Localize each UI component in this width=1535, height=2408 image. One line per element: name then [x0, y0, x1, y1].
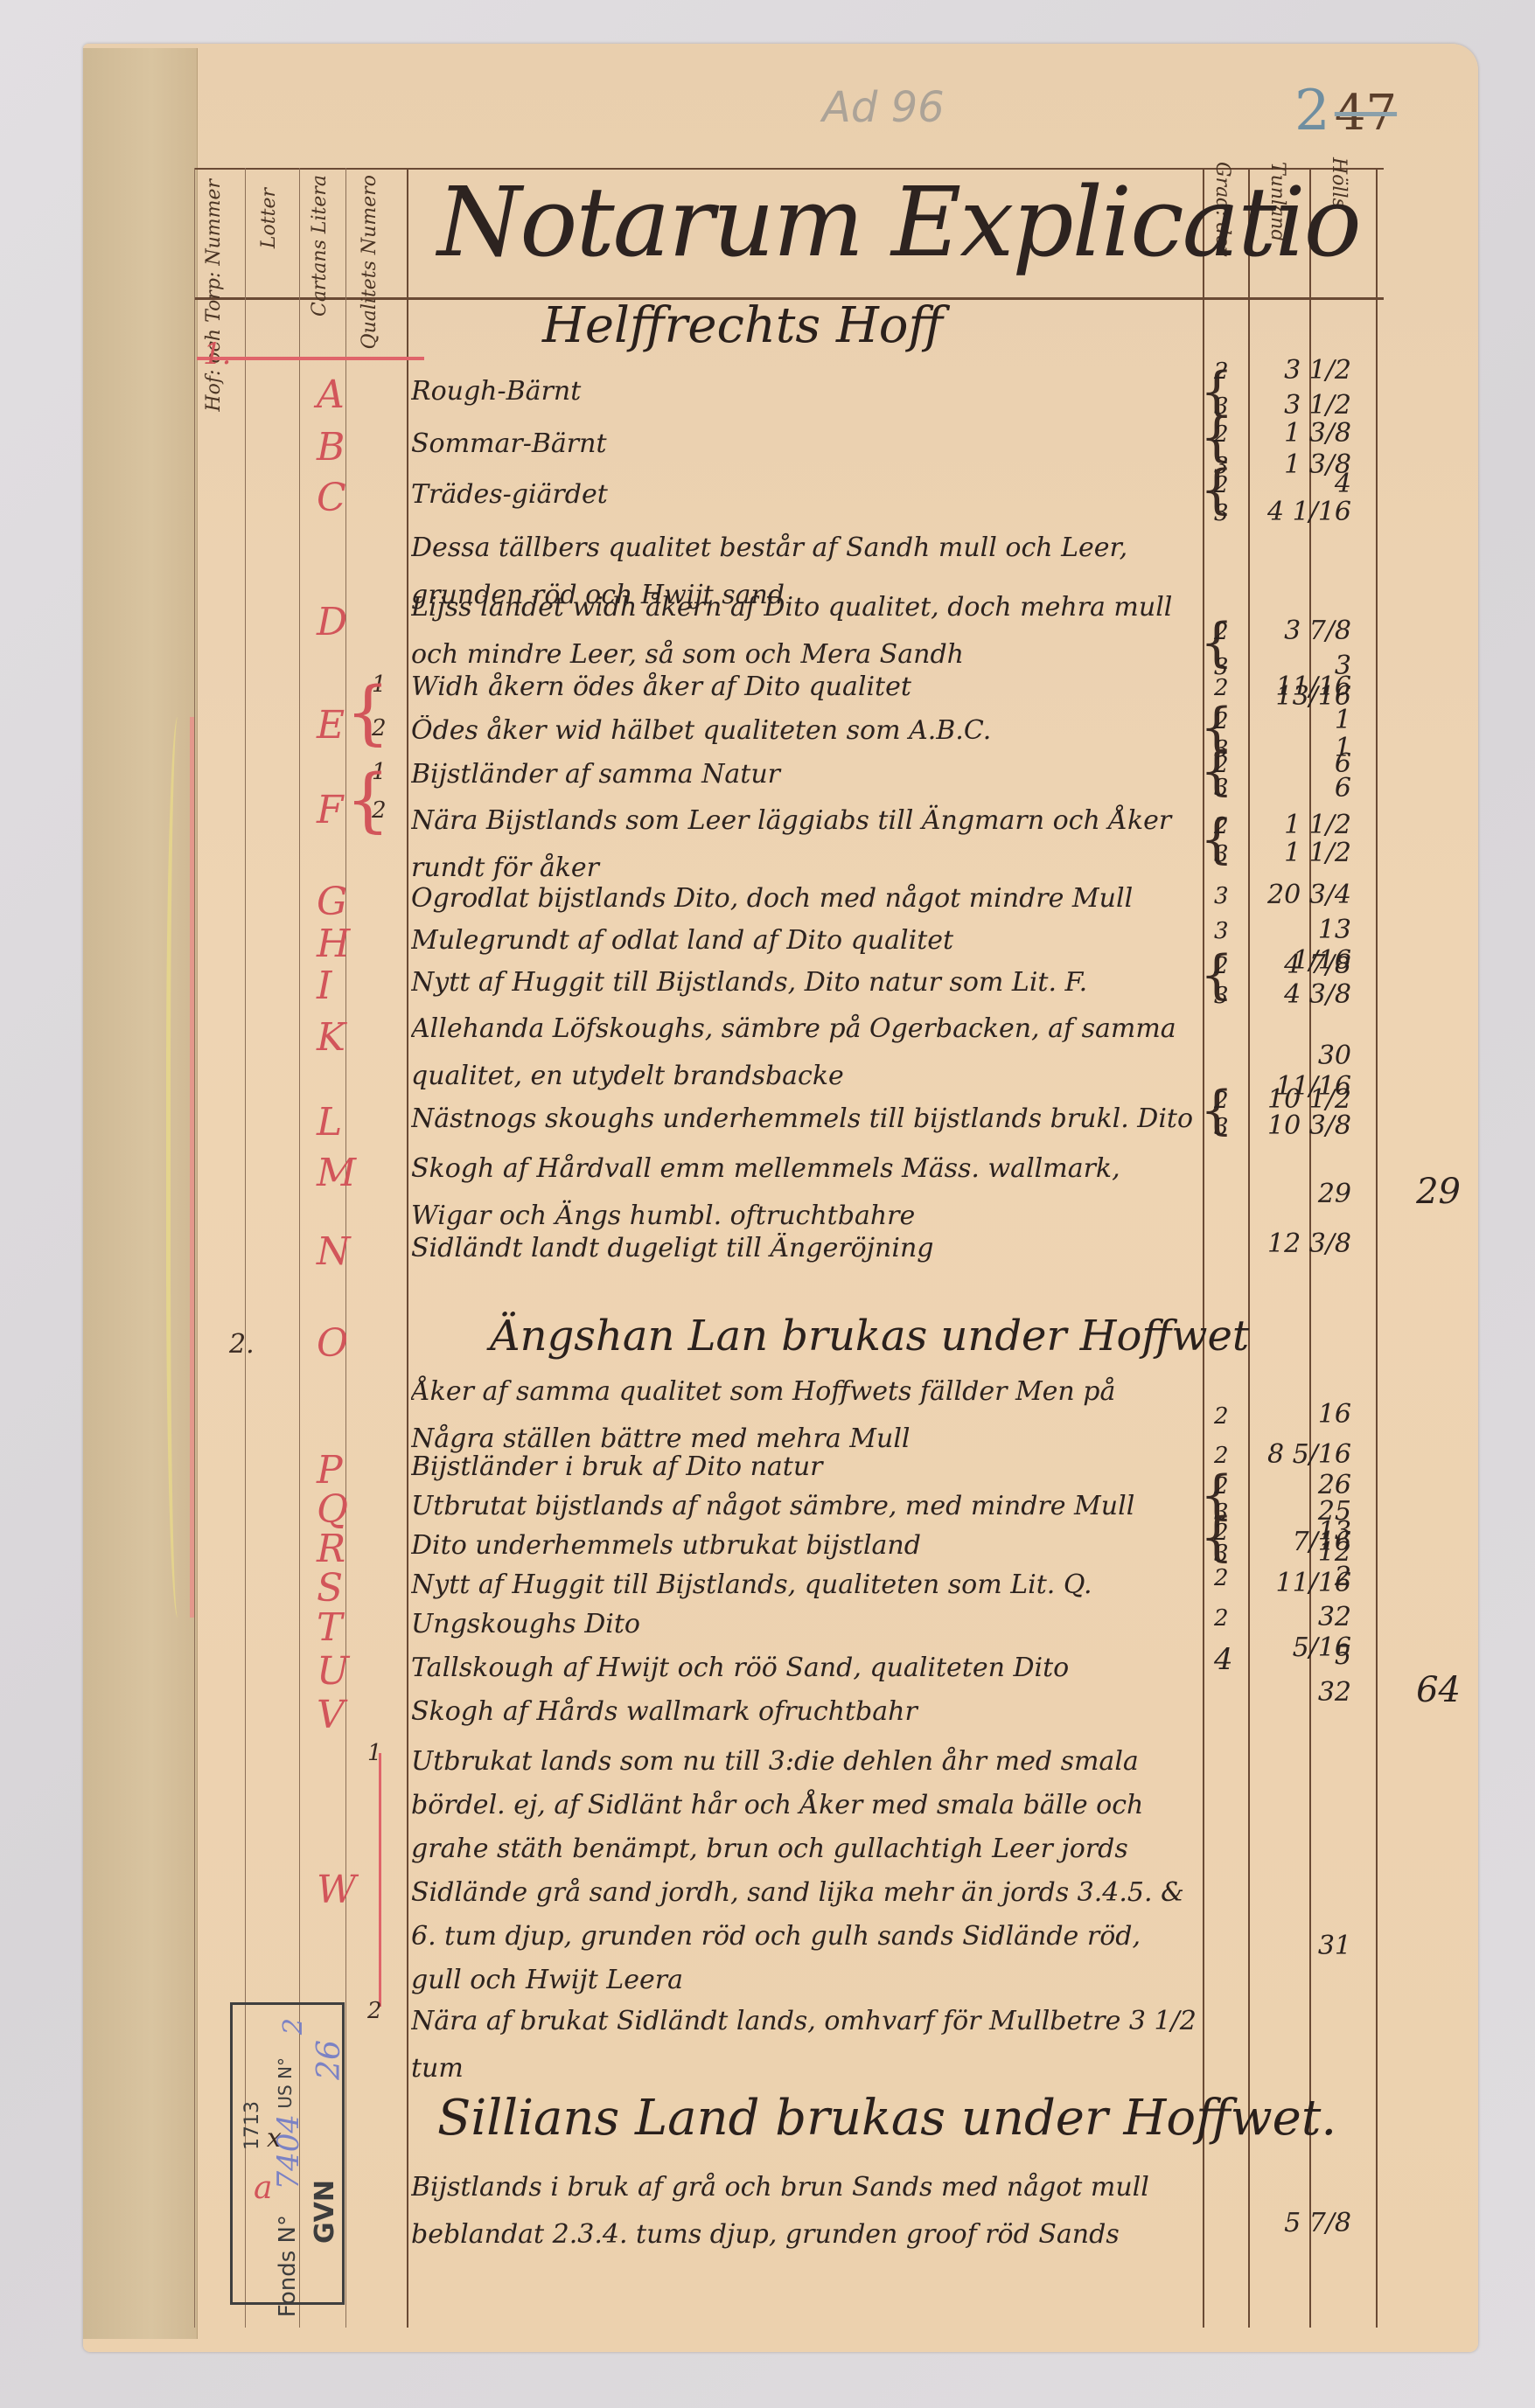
row-description: Ogrodlat bijstlands Dito, doch med något…: [411, 883, 1198, 914]
row-ref-letter: Q: [317, 1491, 348, 1529]
row-description: Åker af samma qualitet som Hoffwets fäll…: [411, 1368, 1198, 1463]
row-description: Lijss landet widh åkern af Dito qualitet…: [411, 584, 1198, 679]
colhead-lotter: Lotter: [258, 188, 280, 248]
row-grade: 3: [1214, 1114, 1249, 1140]
row-sub-number: 1: [367, 1740, 382, 1766]
page-title: Notarum Explicatio: [437, 166, 1360, 278]
row-description: Nytt af Huggit till Bijstlands, qualitet…: [411, 1569, 1198, 1600]
folio-struck: 47: [1335, 85, 1397, 142]
row-description: Tallskough af Hwijt och röö Sand, qualit…: [411, 1653, 1198, 1683]
row-description: Skogh af Hårdvall emm mellemmels Mäss. w…: [411, 1145, 1198, 1240]
row-description: Bijstlands i bruk af grå och brun Sands …: [411, 2164, 1198, 2258]
stamp-fonds-value: 7404: [271, 2114, 306, 2190]
colhead-hof-torp: Hof: och Torp: Nummer: [203, 179, 225, 412]
row-grade: 3: [1214, 983, 1249, 1009]
row-ref-letter: N: [317, 1233, 351, 1271]
row-ref-letter: A: [317, 376, 345, 414]
row-ref-letter: F: [317, 791, 344, 830]
row-grade: 3: [1214, 883, 1249, 909]
row-description: Ödes åker wid hälbet qualiteten som A.B.…: [411, 715, 1198, 746]
row-ref-letter: G: [317, 883, 347, 922]
row-description: Allehanda Löfskoughs, sämbre på Ogerback…: [411, 1006, 1198, 1100]
row-grade: 2: [1214, 1403, 1249, 1430]
row-tunland: 5 7/8: [1264, 2208, 1351, 2238]
row-grade: 3: [1214, 500, 1249, 526]
colhead-cartans-litera: Cartans Litera: [309, 175, 331, 317]
row-grade: 4: [1214, 1642, 1249, 1677]
row-description: Nära af brukat Sidländt lands, omhvarf f…: [411, 1998, 1198, 2092]
row-description: Ungskoughs Dito: [411, 1609, 1198, 1639]
row-sub-number: 2: [367, 1998, 382, 2024]
row-tunland: 1 1/2: [1264, 810, 1351, 840]
row-ref-letter: H: [317, 925, 350, 964]
row-tunland: 1 3/8: [1264, 418, 1351, 449]
folio-number: 2 47: [1294, 79, 1397, 143]
row-tunland: 12 3/8: [1264, 1228, 1351, 1259]
row-total: 29: [1364, 1172, 1461, 1212]
col-rule-1: [194, 168, 195, 2328]
row-ref-letter: B: [317, 428, 345, 467]
stamp-gvn: GVN: [310, 2180, 340, 2244]
row-description: Nästnogs skoughs underhemmels till bijst…: [411, 1103, 1198, 1134]
row-tunland: 20 3/4: [1264, 880, 1351, 910]
row-tunland: 11/16: [1264, 672, 1351, 702]
row-tunland: 10 3/8: [1264, 1110, 1351, 1141]
row-tunland: 5: [1264, 1640, 1351, 1671]
row-grade: 3: [1214, 918, 1249, 944]
row-description: Trädes-giärdet: [411, 479, 1198, 510]
row-grade: 2: [1214, 421, 1249, 448]
row-ref-letter: T: [317, 1609, 342, 1647]
row-tunland: 1 1/2: [1264, 838, 1351, 868]
colhead-qualitets-numero: Qualitets Numero: [359, 175, 380, 349]
col-rule-text: [407, 168, 408, 2328]
row-ref-letter: K: [317, 1019, 345, 1057]
stamp-year: 1713: [241, 2101, 263, 2150]
row-tunland: 8 5/16: [1264, 1439, 1351, 1470]
section-2-heading: Ängshan Lan brukas under Hoffwet: [490, 1312, 1249, 1361]
row-ref-letter: M: [317, 1154, 356, 1193]
row-tunland: 3 1/2: [1264, 390, 1351, 421]
folio-blue: 2: [1294, 79, 1330, 143]
col-rule-right: [1376, 168, 1378, 2328]
row-tunland: 4 1/16: [1264, 497, 1351, 527]
row-tunland: 6: [1264, 773, 1351, 804]
pencil-shelfmark: Ad 96: [822, 83, 945, 132]
row-grade: 2: [1214, 619, 1249, 645]
row-sub-number: 2: [372, 797, 387, 824]
row-description: Utbrukat lands som nu till 3:die dehlen …: [411, 1740, 1198, 2002]
row-tunland: 29: [1264, 1179, 1351, 1209]
row-total: 64: [1364, 1670, 1461, 1710]
row-description: Dito underhemmels utbrukat bijstland: [411, 1530, 1198, 1561]
row-ref-letter: V: [317, 1696, 345, 1735]
row-ref-letter: W: [317, 1871, 356, 1910]
row-tunland: 3 1/2: [1264, 355, 1351, 386]
row-description: Widh åkern ödes åker af Dito qualitet: [411, 672, 1198, 702]
row-grade: 3: [1214, 841, 1249, 867]
row-tunland: 2: [1264, 1562, 1351, 1592]
row-ref-letter: U: [317, 1653, 349, 1691]
stamp-us-label: US N°: [275, 2057, 296, 2109]
row-ref-letter: R: [317, 1530, 345, 1569]
row-description: Nytt af Huggit till Bijstlands, Dito nat…: [411, 967, 1198, 998]
section-2-number: 2.: [229, 1329, 255, 1360]
section-2-ref: O: [317, 1325, 348, 1363]
row-grade: 2: [1214, 358, 1249, 385]
row-ref-letter: E: [317, 706, 345, 745]
row-description: Bijstländer i bruk af Dito natur: [411, 1451, 1198, 1482]
row-sub-number: 2: [372, 715, 387, 741]
row-description: Nära Bijstlands som Leer läggiabs till Ä…: [411, 797, 1198, 892]
row-grade: 2: [1214, 953, 1249, 979]
row-description: Mulegrundt af odlat land af Dito qualite…: [411, 925, 1198, 956]
row-grade: 3: [1214, 775, 1249, 801]
row-ref-letter: P: [317, 1451, 343, 1490]
row-tunland: 1: [1264, 705, 1351, 735]
row-ref-letter: D: [317, 603, 347, 642]
row-ref-letter: I: [317, 967, 331, 1006]
row-description: Rough-Bärnt: [411, 376, 1198, 407]
archive-stamp: GVN Fonds N° 7404 US N° 2 26 1713: [230, 2002, 345, 2305]
row-tunland: 32: [1264, 1677, 1351, 1708]
binding-ribbon: [166, 717, 195, 1618]
row-ref-letter: C: [317, 479, 346, 518]
section-3-heading: Sillians Land brukas under Hoffwet.: [437, 2090, 1336, 2147]
row-tunland: 4 3/8: [1264, 979, 1351, 1010]
section-1-number: 1.: [203, 337, 231, 372]
row-grade: 2: [1214, 813, 1249, 839]
row-description: Sidländt landt dugeligt till Ängeröjning: [411, 1233, 1198, 1263]
stamp-us-value: 2: [278, 2018, 309, 2035]
row-tunland: 4: [1264, 469, 1351, 499]
row-tunland: 16: [1264, 1399, 1351, 1430]
row-grade: 2: [1214, 1605, 1249, 1632]
row-grade: 2: [1214, 1473, 1249, 1500]
row-description: Sommar-Bärnt: [411, 428, 1198, 459]
row-grade: 2: [1214, 708, 1249, 734]
row-description: Utbrutat bijstlands af något sämbre, med…: [411, 1491, 1198, 1521]
stamp-fonds-label: Fonds N°: [275, 2215, 301, 2317]
row-grade: 3: [1214, 1541, 1249, 1567]
row-ref-letter: L: [317, 1103, 342, 1142]
row-grade: 2: [1214, 472, 1249, 498]
red-bracket-w: [379, 1753, 381, 2007]
row-tunland: 4 7/8: [1264, 950, 1351, 980]
section-1-heading: Helffrechts Hoff: [542, 297, 943, 354]
stamp-vol-value: 26: [311, 2040, 347, 2080]
row-ref-letter: S: [317, 1569, 343, 1608]
row-description: Bijstländer af samma Natur: [411, 759, 1198, 790]
row-tunland: 3 7/8: [1264, 616, 1351, 646]
row-grade: 2: [1214, 1088, 1249, 1114]
row-grade: 2: [1214, 1565, 1249, 1591]
row-tunland: 31: [1264, 1931, 1351, 1961]
row-description: Skogh af Hårds wallmark ofruchtbahr: [411, 1696, 1198, 1727]
